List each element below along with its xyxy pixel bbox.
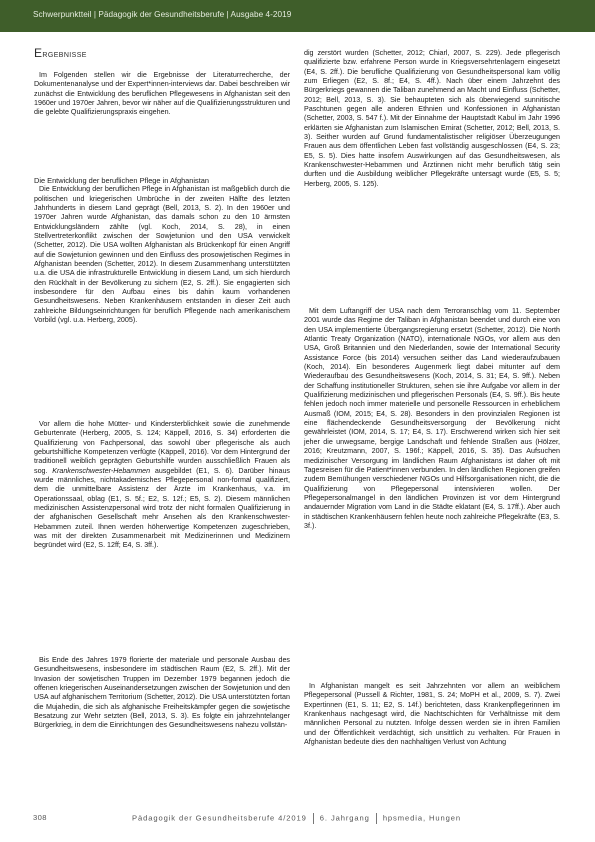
- subsection-heading: Die Entwicklung der beruflichen Pflege i…: [34, 176, 290, 185]
- body-paragraph: Bis Ende des Jahres 1979 florierte der m…: [34, 656, 290, 731]
- right-paragraph-1: dig zerstört wurden (Schetter, 2012; Chi…: [304, 49, 560, 189]
- footer-divider: [376, 813, 377, 824]
- running-header-title: Schwerpunktteil | Pädagogik der Gesundhe…: [33, 10, 291, 19]
- left-paragraph-3: Bis Ende des Jahres 1979 florierte der m…: [34, 656, 290, 731]
- section-title: Ergebnisse: [34, 46, 87, 60]
- page-number: 308: [33, 813, 47, 822]
- body-paragraph: Mit dem Luftangriff der USA nach dem Ter…: [304, 307, 560, 531]
- section-title-rest: rgebnisse: [42, 49, 86, 60]
- left-subsection: Die Entwicklung der beruflichen Pflege i…: [34, 176, 290, 326]
- footer-journal-title: Pädagogik der Gesundheitsberufe 4/2019: [132, 814, 307, 823]
- emphasis-term: Krankenschwester-Hebammen: [52, 467, 150, 475]
- left-intro-paragraph: Im Folgenden stellen wir die Ergebnisse …: [34, 71, 290, 118]
- footer-volume: 6. Jahrgang: [320, 814, 370, 823]
- left-paragraph-2: Vor allem die hohe Mütter- und Kinderste…: [34, 420, 290, 551]
- footer-journal-info: Pädagogik der Gesundheitsberufe 4/20196.…: [132, 813, 461, 824]
- footer-publisher: hpsmedia, Hungen: [383, 814, 461, 823]
- footer-divider: [313, 813, 314, 824]
- body-paragraph: Vor allem die hohe Mütter- und Kinderste…: [34, 420, 290, 551]
- body-paragraph: dig zerstört wurden (Schetter, 2012; Chi…: [304, 49, 560, 189]
- text-run: ausgebildet (E1, S. 6). Darüber hinaus w…: [34, 467, 290, 550]
- right-paragraph-3: In Afghanistan mangelt es seit Jahrzehnt…: [304, 682, 560, 747]
- running-header-bar: Schwerpunktteil | Pädagogik der Gesundhe…: [0, 0, 595, 32]
- right-paragraph-2: Mit dem Luftangriff der USA nach dem Ter…: [304, 307, 560, 531]
- body-paragraph: Die Entwicklung der beruflichen Pflege i…: [34, 185, 290, 325]
- body-paragraph: In Afghanistan mangelt es seit Jahrzehnt…: [304, 682, 560, 747]
- intro-text: Im Folgenden stellen wir die Ergebnisse …: [34, 71, 290, 118]
